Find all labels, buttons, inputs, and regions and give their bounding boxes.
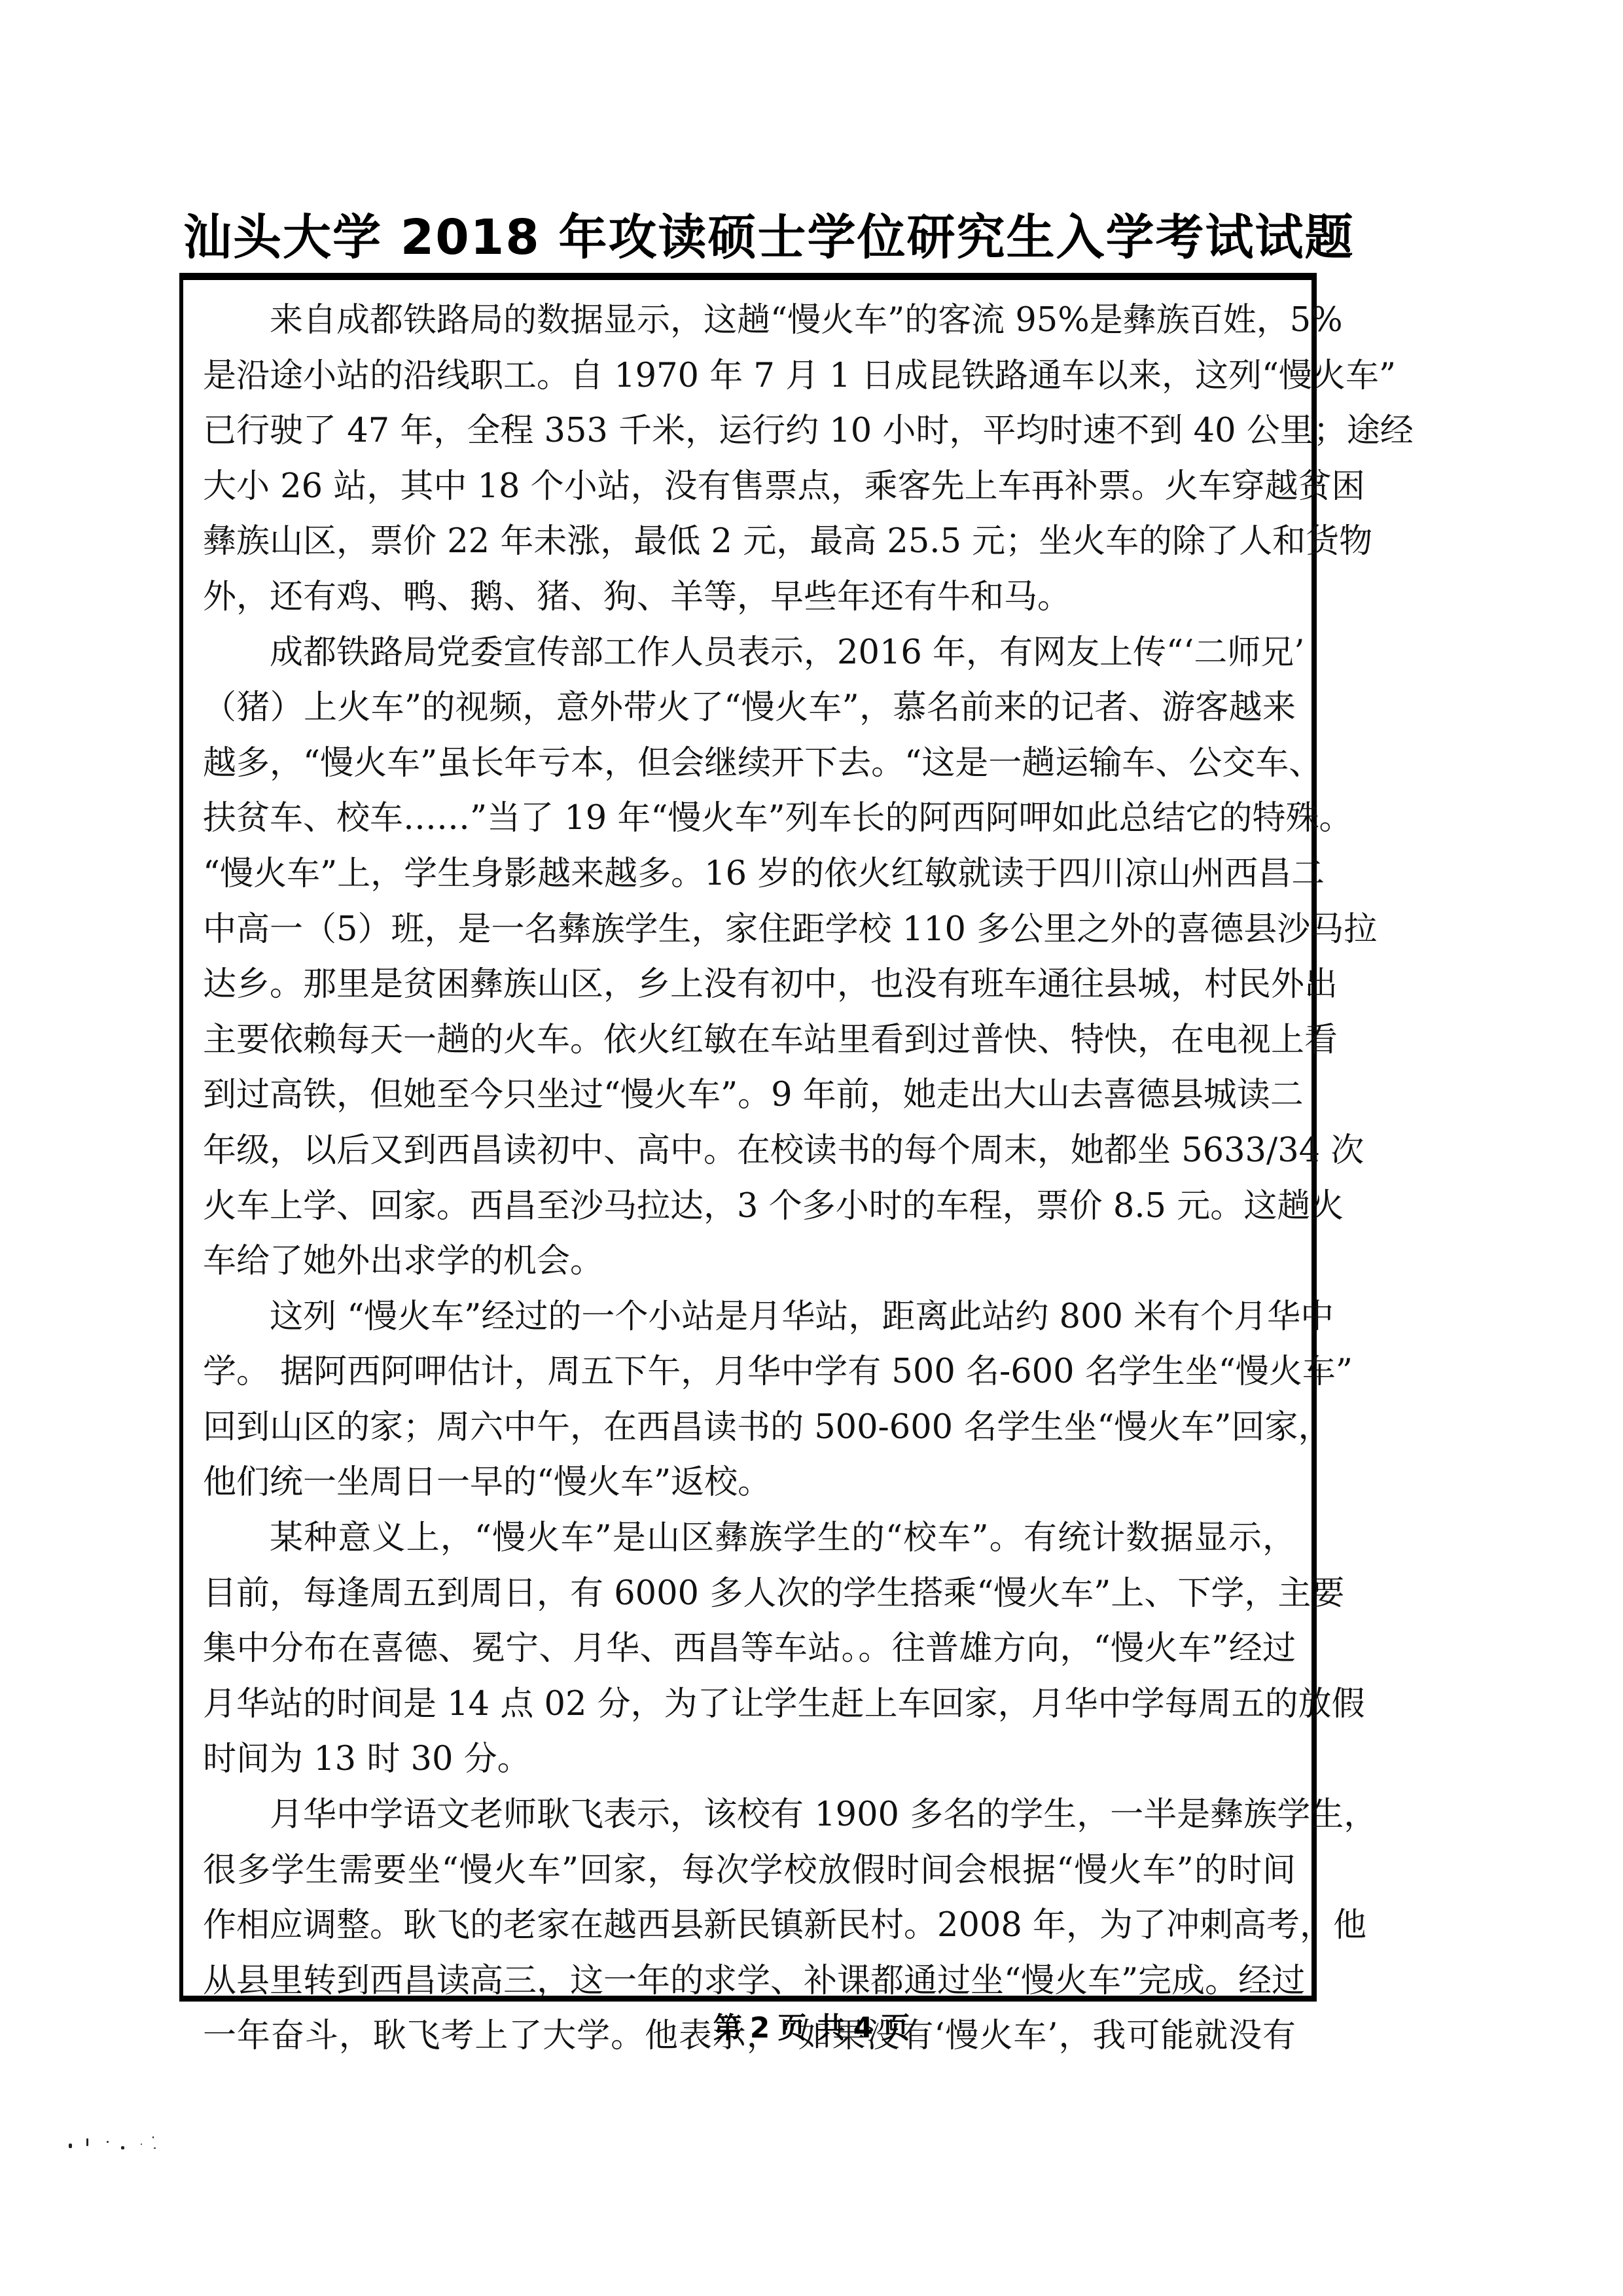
passage-line: 中高一（5）班，是一名彝族学生，家住距学校 110 多公里之外的喜德县沙马拉 [203,902,1296,958]
passage-line: 扶贫车、校车……”当了 19 年“慢火车”列车长的阿西阿呷如此总结它的特殊。 [203,791,1296,847]
passage-line: 彝族山区，票价 22 年未涨，最低 2 元，最高 25.5 元；坐火车的除了人和… [203,514,1296,570]
passage-line: “慢火车”上，学生身影越来越多。16 岁的依火红敏就读于四川凉山州西昌二 [203,847,1296,902]
page-suffix: 页 [881,2011,910,2045]
passage-line: 越多，“慢火车”虽长年亏本，但会继续开下去。“这是一趟运输车、公交车、 [203,736,1296,792]
passage-line: 很多学生需要坐“慢火车”回家，每次学校放假时间会根据“慢火车”的时间 [203,1843,1296,1899]
page-mid: 页 共 [777,2011,845,2045]
passage-line: 集中分布在喜德、冕宁、月华、西昌等车站。。往普雄方向，“慢火车”经过 [203,1621,1296,1677]
passage-line: 时间为 13 时 30 分。 [203,1732,1296,1788]
exam-title: 汕头大学 2018 年攻读硕士学位研究生入学考试试题 [183,208,1322,267]
page-current: 2 [750,2011,770,2045]
page-total: 4 [853,2011,874,2045]
passage-line: 主要依赖每天一趟的火车。依火红敏在车站里看到过普快、特快，在电视上看 [203,1013,1296,1069]
passage-line: 外，还有鸡、鸭、鹅、猪、狗、羊等，早些年还有牛和马。 [203,570,1296,626]
passage-line: 他们统一坐周日一早的“慢火车”返校。 [203,1455,1296,1511]
passage-line: 这列 “慢火车”经过的一个小站是月华站，距离此站约 800 米有个月华中 [203,1290,1296,1345]
passage-line: （猪）上火车”的视频，意外带火了“慢火车”，慕名前来的记者、游客越来 [203,680,1296,736]
scan-noise-specks [69,2134,167,2154]
passage-line: 某种意义上，“慢火车”是山区彝族学生的“校车”。有统计数据显示， [203,1511,1296,1566]
passage-line: 大小 26 站，其中 18 个小站，没有售票点，乘客先上车再补票。火车穿越贫困 [203,459,1296,515]
passage-line: 来自成都铁路局的数据显示，这趟“慢火车”的客流 95%是彝族百姓，5% [203,293,1296,349]
passage-line: 达乡。那里是贫困彝族山区，乡上没有初中，也没有班车通往县城，村民外出 [203,957,1296,1013]
passage-line: 作相应调整。耿飞的老家在越西县新民镇新民村。2008 年，为了冲刺高考，他 [203,1898,1296,1954]
passage-line: 年级，以后又到西昌读初中、高中。在校读书的每个周末，她都坐 5633/34 次 [203,1123,1296,1179]
passage-line: 到过高铁，但她至今只坐过“慢火车”。9 年前，她走出大山去喜德县城读二 [203,1068,1296,1123]
passage-frame: 来自成都铁路局的数据显示，这趟“慢火车”的客流 95%是彝族百姓，5%是沿途小站… [179,273,1317,2002]
passage-line: 回到山区的家；周六中午，在西昌读书的 500-600 名学生坐“慢火车”回家， [203,1400,1296,1456]
passage-line: 火车上学、回家。西昌至沙马拉达，3 个多小时的车程，票价 8.5 元。这趟火 [203,1179,1296,1235]
passage-line: 目前，每逢周五到周日，有 6000 多人次的学生搭乘“慢火车”上、下学，主要 [203,1566,1296,1622]
passage-line: 已行驶了 47 年，全程 353 千米，运行约 10 小时，平均时速不到 40 … [203,404,1296,459]
page-number: 第2页 共4页 [0,2010,1623,2047]
page-prefix: 第 [713,2011,742,2045]
passage-line: 成都铁路局党委宣传部工作人员表示，2016 年，有网友上传“‘二师兄’ [203,626,1296,681]
passage-line: 车给了她外出求学的机会。 [203,1234,1296,1290]
passage-line: 是沿途小站的沿线职工。自 1970 年 7 月 1 日成昆铁路通车以来，这列“慢… [203,349,1296,404]
passage-line: 月华中学语文老师耿飞表示，该校有 1900 多名的学生，一半是彝族学生， [203,1788,1296,1843]
passage-text: 来自成都铁路局的数据显示，这趟“慢火车”的客流 95%是彝族百姓，5%是沿途小站… [203,293,1296,2064]
passage-line: 月华站的时间是 14 点 02 分，为了让学生赶上车回家，月华中学每周五的放假 [203,1677,1296,1733]
passage-line: 从县里转到西昌读高三，这一年的求学、补课都通过坐“慢火车”完成。经过 [203,1954,1296,2009]
passage-line: 学。 据阿西阿呷估计，周五下午，月华中学有 500 名-600 名学生坐“慢火车… [203,1345,1296,1400]
